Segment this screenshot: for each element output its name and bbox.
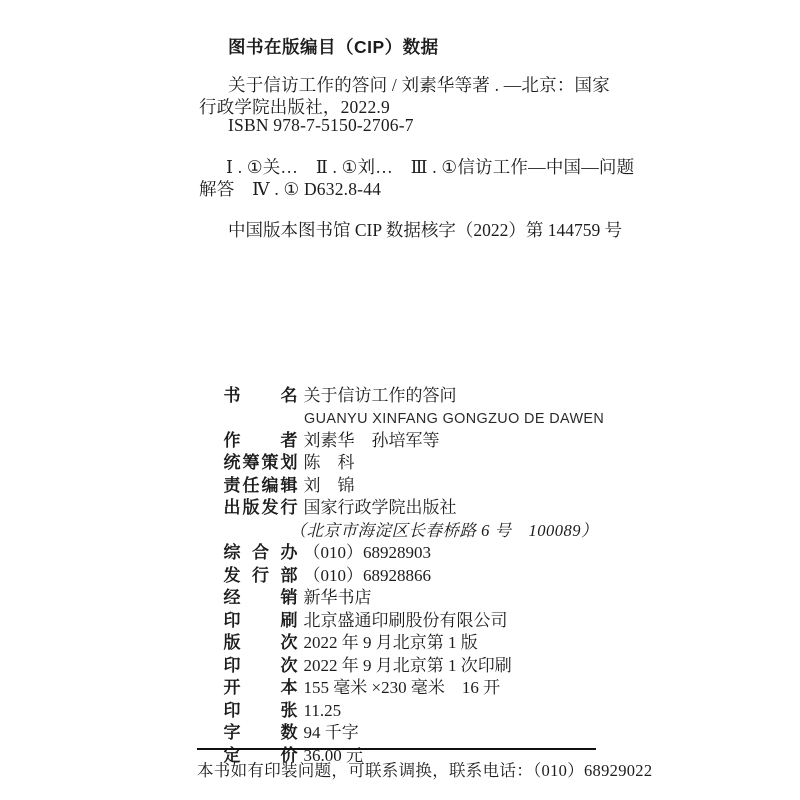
row-value: 94 千字: [304, 722, 359, 745]
book-copyright-page: 图书在版编目（CIP）数据 关于信访工作的答问 / 刘素华等著 . —北京：国家…: [0, 0, 800, 800]
row-label: 经销: [224, 587, 298, 610]
row-value: 陈 科: [304, 452, 355, 475]
row-value: 2022 年 9 月北京第 1 版: [304, 632, 478, 655]
row-value: （北京市海淀区长春桥路 6 号 100089）: [290, 520, 599, 543]
cip-record-number: 中国版本图书馆 CIP 数据核字（2022）第 144759 号: [228, 217, 622, 242]
row-value: 关于信访工作的答问: [304, 385, 457, 408]
cip-classification-line-2: 解答 Ⅳ . ① D632.8-44: [199, 176, 381, 201]
colophon-row-book-title: 书名关于信访工作的答问: [198, 362, 616, 385]
row-label: 印张: [224, 700, 298, 723]
row-label: 综合办: [224, 542, 298, 565]
colophon: 书名关于信访工作的答问 GUANYU XINFANG GONGZUO DE DA…: [198, 362, 616, 745]
row-label: 责任编辑: [224, 475, 298, 498]
row-value: 2022 年 9 月北京第 1 次印刷: [304, 655, 512, 678]
cip-block-title: 图书在版编目（CIP）数据: [228, 34, 439, 59]
isbn-line: ISBN 978-7-5150-2706-7: [228, 115, 414, 136]
row-value: 刘素华 孙培军等: [304, 430, 440, 453]
row-value: 新华书店: [304, 587, 372, 610]
row-label: 字数: [224, 722, 298, 745]
footer-divider: [197, 748, 596, 750]
row-value: 刘 锦: [304, 475, 355, 498]
row-label: 作者: [224, 430, 298, 453]
row-label: 统筹策划: [224, 452, 298, 475]
binding-problem-note: 本书如有印装问题，可联系调换，联系电话：（010）68929022: [197, 757, 652, 781]
row-label: 发行部: [224, 565, 298, 588]
row-label: 印刷: [224, 610, 298, 633]
row-label: 开本: [224, 677, 298, 700]
row-label: 印次: [224, 655, 298, 678]
row-value: 国家行政学院出版社: [304, 497, 457, 520]
row-value: （010）68928903: [304, 542, 432, 565]
row-value: 11.25: [304, 700, 342, 723]
row-label: 版次: [224, 632, 298, 655]
row-value: （010）68928866: [304, 565, 432, 588]
row-label: 出版发行: [224, 497, 298, 520]
row-value: GUANYU XINFANG GONGZUO DE DAWEN: [304, 408, 604, 431]
row-label: 书名: [224, 385, 298, 408]
row-value: 155 毫米 ×230 毫米 16 开: [304, 677, 501, 700]
row-value: 北京盛通印刷股份有限公司: [304, 610, 508, 633]
